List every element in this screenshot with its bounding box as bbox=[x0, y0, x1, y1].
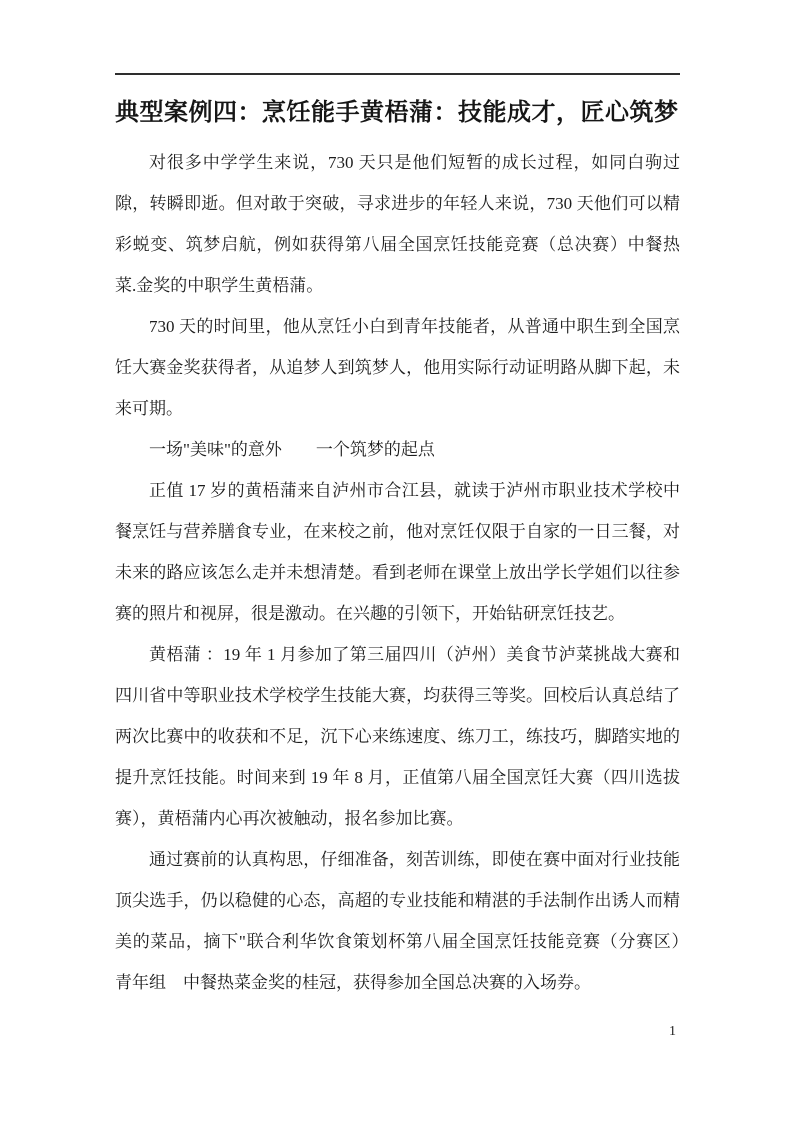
header-divider bbox=[115, 73, 680, 75]
paragraph-background: 正值 17 岁的黄梧蒲来自泸州市合江县，就读于泸州市职业技术学校中餐烹饪与营养膳… bbox=[115, 470, 680, 634]
paragraph-intro: 对很多中学学生来说，730 天只是他们短暂的成长过程，如同白驹过隙，转瞬即逝。但… bbox=[115, 142, 680, 306]
page-number: 1 bbox=[669, 1022, 676, 1042]
section-subheading: 一场"美味"的意外 一个筑梦的起点 bbox=[115, 429, 680, 470]
paragraph-gold-medal: 通过赛前的认真构思，仔细准备，刻苦训练，即使在赛中面对行业技能顶尖选手，仍以稳健… bbox=[115, 839, 680, 1003]
document-content: 典型案例四：烹饪能手黄梧蒲：技能成才，匠心筑梦 对很多中学学生来说，730 天只… bbox=[115, 0, 680, 1003]
document-title: 典型案例四：烹饪能手黄梧蒲：技能成才，匠心筑梦 bbox=[115, 95, 680, 131]
paragraph-competitions: 黄梧蒲 ：19 年 1 月参加了第三届四川（泸州）美食节泸菜挑战大赛和四川省中等… bbox=[115, 634, 680, 839]
document-page: 典型案例四：烹饪能手黄梧蒲：技能成才，匠心筑梦 对很多中学学生来说，730 天只… bbox=[0, 0, 793, 1122]
paragraph-730-days: 730 天的时间里，他从烹饪小白到青年技能者，从普通中职生到全国烹饪大赛金奖获得… bbox=[115, 306, 680, 429]
